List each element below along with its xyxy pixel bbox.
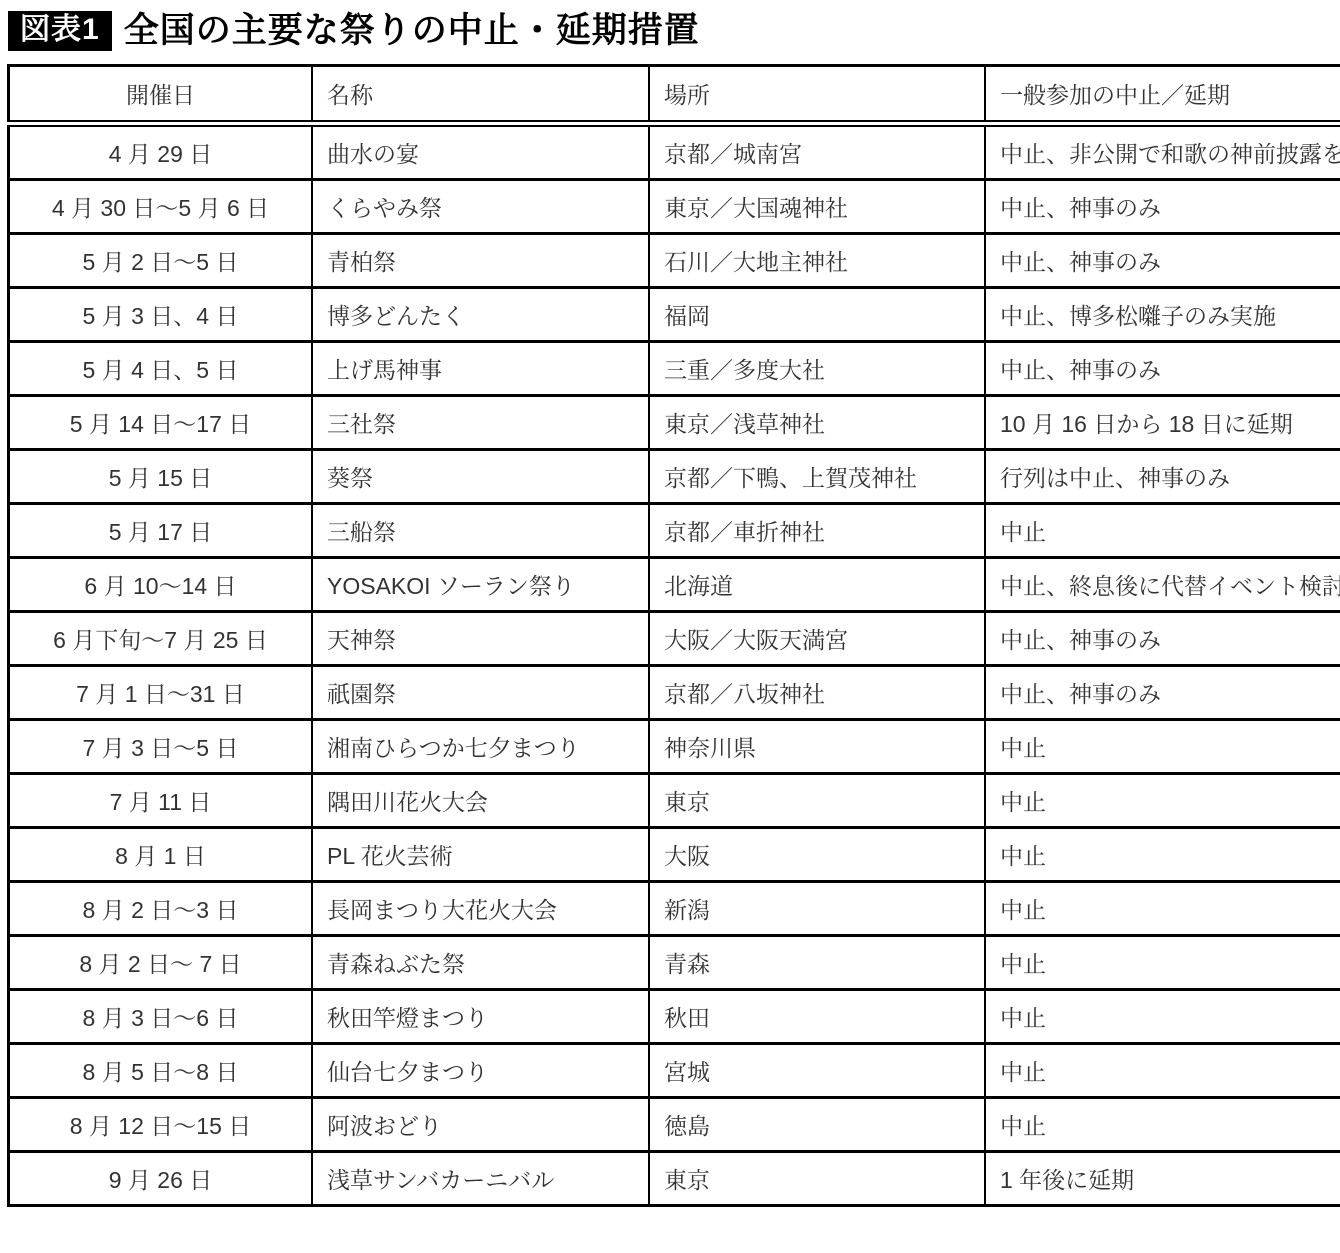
date-cell: 5 月 15 日 [9,450,313,504]
table-row: 5 月 2 日〜5 日青柏祭石川／大地主神社中止、神事のみ [9,234,1340,288]
date-cell: 9 月 26 日 [9,1152,313,1206]
name-cell: 秋田竿燈まつり [312,990,649,1044]
status-cell: 中止、神事のみ [985,342,1340,396]
status-cell: 中止 [985,882,1340,936]
place-cell: 東京 [649,1152,985,1206]
status-cell: 中止 [985,1044,1340,1098]
status-cell: 中止 [985,1098,1340,1152]
table-row: 5 月 3 日、4 日博多どんたく福岡中止、博多松囃子のみ実施 [9,288,1340,342]
place-cell: 東京／大国魂神社 [649,180,985,234]
name-cell: 隅田川花火大会 [312,774,649,828]
status-cell: 中止、博多松囃子のみ実施 [985,288,1340,342]
name-cell: 青森ねぶた祭 [312,936,649,990]
status-cell: 10 月 16 日から 18 日に延期 [985,396,1340,450]
table-row: 6 月 10〜14 日YOSAKOI ソーラン祭り北海道中止、終息後に代替イベン… [9,558,1340,612]
status-cell: 1 年後に延期 [985,1152,1340,1206]
name-cell: 葵祭 [312,450,649,504]
table-row: 5 月 14 日〜17 日三社祭東京／浅草神社10 月 16 日から 18 日に… [9,396,1340,450]
date-cell: 6 月下旬〜7 月 25 日 [9,612,313,666]
name-cell: 浅草サンバカーニバル [312,1152,649,1206]
name-cell: くらやみ祭 [312,180,649,234]
place-cell: 京都／八坂神社 [649,666,985,720]
place-cell: 京都／車折神社 [649,504,985,558]
place-cell: 新潟 [649,882,985,936]
status-cell: 中止 [985,504,1340,558]
name-cell: 祇園祭 [312,666,649,720]
place-cell: 福岡 [649,288,985,342]
date-cell: 8 月 2 日〜3 日 [9,882,313,936]
place-cell: 京都／城南宮 [649,124,985,180]
place-cell: 大阪／大阪天満宮 [649,612,985,666]
page-title: 全国の主要な祭りの中止・延期措置 [124,12,700,51]
place-cell: 徳島 [649,1098,985,1152]
table-row: 6 月下旬〜7 月 25 日天神祭大阪／大阪天満宮中止、神事のみ [9,612,1340,666]
table-row: 8 月 2 日〜 7 日青森ねぶた祭青森中止 [9,936,1340,990]
place-cell: 京都／下鴨、上賀茂神社 [649,450,985,504]
date-cell: 4 月 29 日 [9,124,313,180]
name-cell: 阿波おどり [312,1098,649,1152]
header-place: 場所 [649,66,985,124]
table-row: 5 月 4 日、5 日上げ馬神事三重／多度大社中止、神事のみ [9,342,1340,396]
table-row: 8 月 3 日〜6 日秋田竿燈まつり秋田中止 [9,990,1340,1044]
status-cell: 中止、非公開で和歌の神前披露を実施 [985,124,1340,180]
header-date: 開催日 [9,66,313,124]
status-cell: 中止 [985,990,1340,1044]
place-cell: 宮城 [649,1044,985,1098]
figure-title: 図表1 全国の主要な祭りの中止・延期措置 [8,8,1340,54]
table-row: 4 月 30 日〜5 月 6 日くらやみ祭東京／大国魂神社中止、神事のみ [9,180,1340,234]
name-cell: 曲水の宴 [312,124,649,180]
date-cell: 8 月 3 日〜6 日 [9,990,313,1044]
table-row: 4 月 29 日曲水の宴京都／城南宮中止、非公開で和歌の神前披露を実施 [9,124,1340,180]
status-cell: 中止 [985,774,1340,828]
header-row: 開催日 名称 場所 一般参加の中止／延期 [9,66,1340,124]
date-cell: 8 月 2 日〜 7 日 [9,936,313,990]
place-cell: 三重／多度大社 [649,342,985,396]
name-cell: PL 花火芸術 [312,828,649,882]
table-row: 7 月 1 日〜31 日祇園祭京都／八坂神社中止、神事のみ [9,666,1340,720]
table-row: 7 月 3 日〜5 日湘南ひらつか七夕まつり神奈川県中止 [9,720,1340,774]
date-cell: 5 月 3 日、4 日 [9,288,313,342]
status-cell: 行列は中止、神事のみ [985,450,1340,504]
table-row: 8 月 12 日〜15 日阿波おどり徳島中止 [9,1098,1340,1152]
name-cell: 天神祭 [312,612,649,666]
date-cell: 5 月 2 日〜5 日 [9,234,313,288]
festival-table: 開催日 名称 場所 一般参加の中止／延期 4 月 29 日曲水の宴京都／城南宮中… [7,64,1340,1207]
date-cell: 7 月 1 日〜31 日 [9,666,313,720]
place-cell: 秋田 [649,990,985,1044]
place-cell: 石川／大地主神社 [649,234,985,288]
name-cell: 三船祭 [312,504,649,558]
name-cell: 長岡まつり大花火大会 [312,882,649,936]
table-body: 4 月 29 日曲水の宴京都／城南宮中止、非公開で和歌の神前披露を実施4 月 3… [9,124,1340,1206]
date-cell: 8 月 5 日〜8 日 [9,1044,313,1098]
name-cell: 湘南ひらつか七夕まつり [312,720,649,774]
table-row: 8 月 5 日〜8 日仙台七夕まつり宮城中止 [9,1044,1340,1098]
status-cell: 中止、神事のみ [985,666,1340,720]
figure-label-badge: 図表1 [8,11,112,51]
place-cell: 東京／浅草神社 [649,396,985,450]
status-cell: 中止、神事のみ [985,180,1340,234]
date-cell: 5 月 14 日〜17 日 [9,396,313,450]
date-cell: 7 月 11 日 [9,774,313,828]
name-cell: YOSAKOI ソーラン祭り [312,558,649,612]
place-cell: 東京 [649,774,985,828]
date-cell: 7 月 3 日〜5 日 [9,720,313,774]
name-cell: 三社祭 [312,396,649,450]
name-cell: 青柏祭 [312,234,649,288]
status-cell: 中止、終息後に代替イベント検討 [985,558,1340,612]
date-cell: 8 月 1 日 [9,828,313,882]
table-row: 7 月 11 日隅田川花火大会東京中止 [9,774,1340,828]
date-cell: 6 月 10〜14 日 [9,558,313,612]
table-header: 開催日 名称 場所 一般参加の中止／延期 [9,66,1340,124]
header-status: 一般参加の中止／延期 [985,66,1340,124]
date-cell: 5 月 4 日、5 日 [9,342,313,396]
status-cell: 中止 [985,720,1340,774]
date-cell: 8 月 12 日〜15 日 [9,1098,313,1152]
status-cell: 中止 [985,828,1340,882]
place-cell: 大阪 [649,828,985,882]
table-row: 9 月 26 日浅草サンバカーニバル東京1 年後に延期 [9,1152,1340,1206]
name-cell: 仙台七夕まつり [312,1044,649,1098]
date-cell: 5 月 17 日 [9,504,313,558]
place-cell: 青森 [649,936,985,990]
place-cell: 北海道 [649,558,985,612]
status-cell: 中止、神事のみ [985,234,1340,288]
header-name: 名称 [312,66,649,124]
date-cell: 4 月 30 日〜5 月 6 日 [9,180,313,234]
table-row: 8 月 1 日PL 花火芸術大阪中止 [9,828,1340,882]
name-cell: 博多どんたく [312,288,649,342]
place-cell: 神奈川県 [649,720,985,774]
status-cell: 中止、神事のみ [985,612,1340,666]
name-cell: 上げ馬神事 [312,342,649,396]
table-row: 5 月 17 日三船祭京都／車折神社中止 [9,504,1340,558]
status-cell: 中止 [985,936,1340,990]
table-row: 5 月 15 日葵祭京都／下鴨、上賀茂神社行列は中止、神事のみ [9,450,1340,504]
table-row: 8 月 2 日〜3 日長岡まつり大花火大会新潟中止 [9,882,1340,936]
page: 図表1 全国の主要な祭りの中止・延期措置 開催日 名称 場所 一般参加の中止／延… [0,0,1340,1253]
